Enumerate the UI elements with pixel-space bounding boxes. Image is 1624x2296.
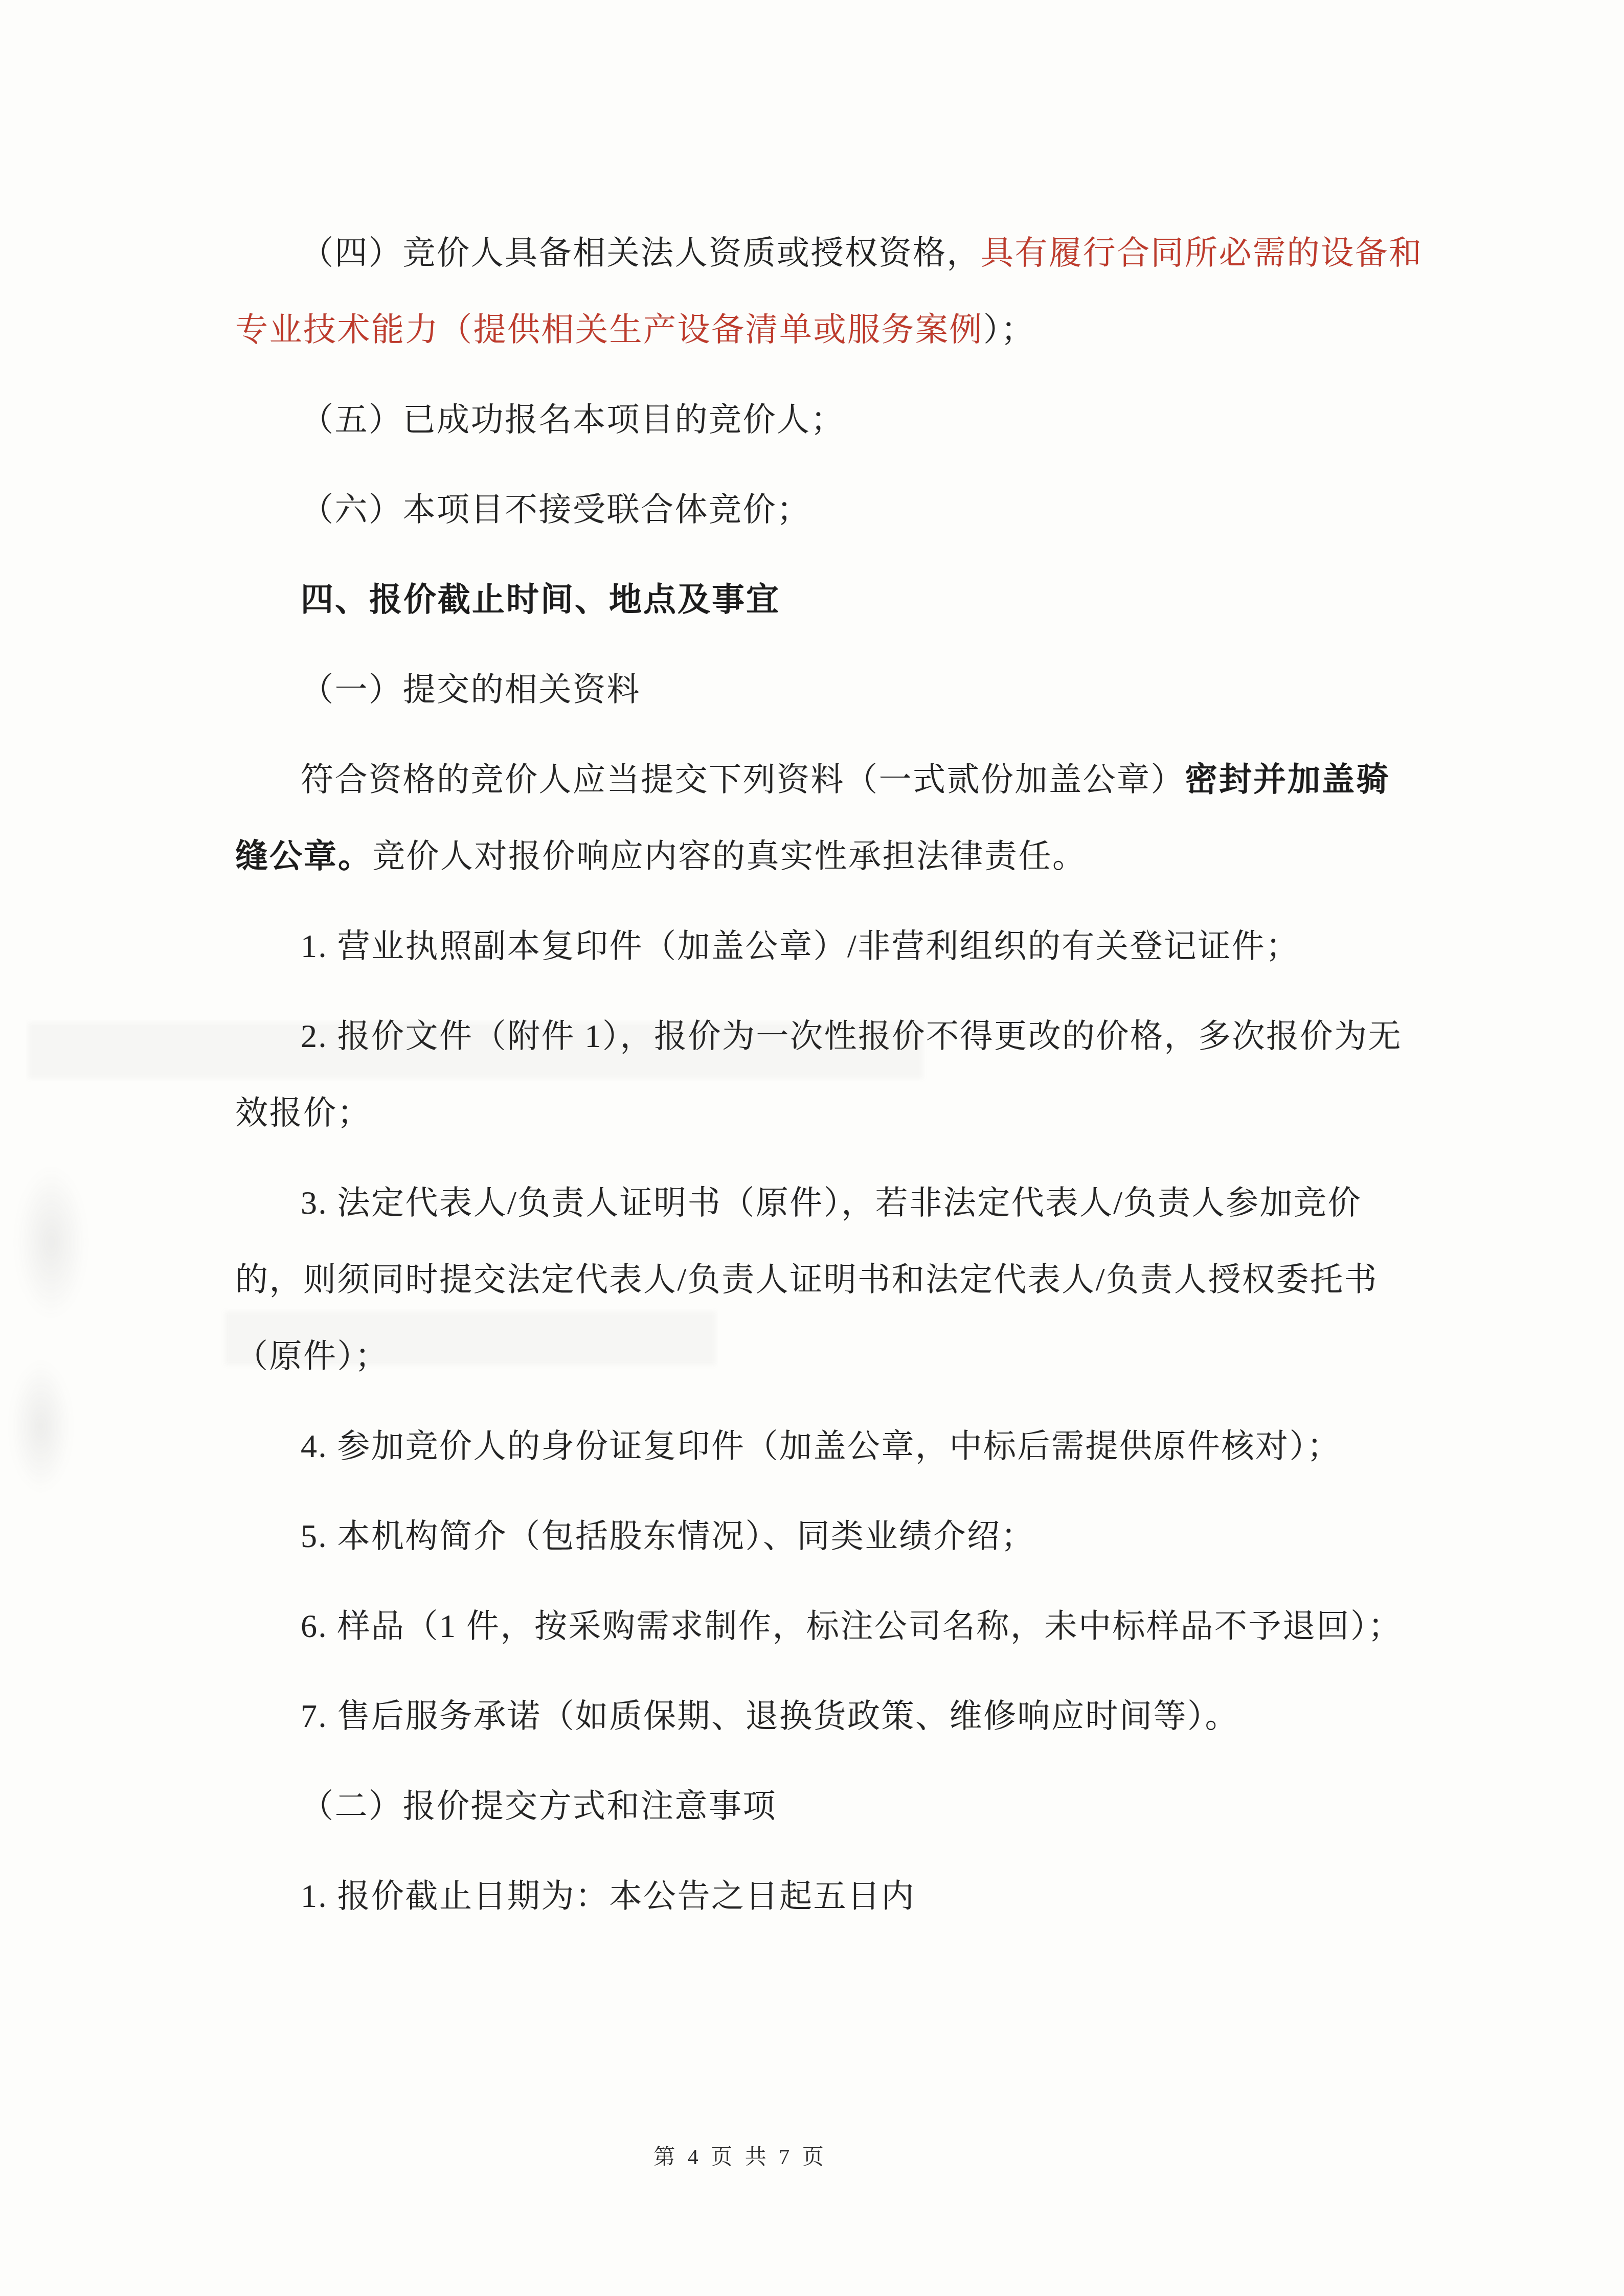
scan-smudge [15,1166,87,1319]
text-line: 缝公章。竞价人对报价响应内容的真实性承担法律责任。 [235,818,1406,895]
text-run: 3. 法定代表人/负责人证明书（原件），若非法定代表人/负责人参加竞价 [301,1185,1362,1221]
heading-line: 四、报价截止时间、地点及事宜 [235,561,1406,638]
text-run: 5. 本机构简介（包括股东情况）、同类业绩介绍； [301,1518,1035,1554]
red-text-run: 具有履行合同所必需的设备和 [981,235,1423,271]
text-run: 1. 报价截止日期为：本公告之日起五日内 [301,1878,915,1914]
scanned-document-page: （四）竞价人具备相关法人资质或授权资格，具有履行合同所必需的设备和专业技术能力（… [0,0,1624,2296]
text-line: 1. 报价截止日期为：本公告之日起五日内 [235,1858,1406,1935]
text-line: 1. 营业执照副本复印件（加盖公章）/非营利组织的有关登记证件； [235,908,1406,985]
text-line: 3. 法定代表人/负责人证明书（原件），若非法定代表人/负责人参加竞价 [235,1165,1406,1241]
text-line: 的，则须同时提交法定代表人/负责人证明书和法定代表人/负责人授权委托书 [235,1241,1406,1318]
text-run: 效报价； [235,1095,371,1131]
text-run: （二）报价提交方式和注意事项 [301,1788,777,1824]
text-line: 4. 参加竞价人的身份证复印件（加盖公章，中标后需提供原件核对）； [235,1408,1406,1485]
text-line: （原件）； [235,1318,1406,1395]
text-run: 7. 售后服务承诺（如质保期、退换货政策、维修响应时间等）。 [301,1698,1239,1734]
text-run: （六）本项目不接受联合体竞价； [301,491,811,528]
text-line: （六）本项目不接受联合体竞价； [235,471,1406,548]
text-run: （一）提交的相关资料 [301,671,641,708]
text-line: （一）提交的相关资料 [235,651,1406,728]
text-run: ）； [983,311,1035,348]
text-line: 2. 报价文件（附件 1），报价为一次性报价不得更改的价格，多次报价为无 [235,998,1406,1075]
text-run: 1. 营业执照副本复印件（加盖公章）/非营利组织的有关登记证件； [301,928,1300,964]
text-line: （四）竞价人具备相关法人资质或授权资格，具有履行合同所必需的设备和 [235,215,1406,291]
bold-text-run: 四、报价截止时间、地点及事宜 [301,581,780,618]
text-line: （五）已成功报名本项目的竞价人； [235,381,1406,458]
scan-smudge [10,1360,72,1493]
bold-text-run: 缝公章。 [235,838,372,874]
text-line: 5. 本机构简介（包括股东情况）、同类业绩介绍； [235,1498,1406,1575]
text-line: 效报价； [235,1075,1406,1151]
text-run: 4. 参加竞价人的身份证复印件（加盖公章，中标后需提供原件核对）； [301,1428,1341,1464]
text-line: 6. 样品（1 件，按采购需求制作，标注公司名称，未中标样品不予退回）； [235,1588,1406,1665]
text-run: 的，则须同时提交法定代表人/负责人证明书和法定代表人/负责人授权委托书 [235,1261,1378,1298]
text-run: 符合资格的竞价人应当提交下列资料（一式贰份加盖公章） [301,761,1185,798]
text-run: （五）已成功报名本项目的竞价人； [301,401,845,438]
document-body: （四）竞价人具备相关法人资质或授权资格，具有履行合同所必需的设备和专业技术能力（… [235,215,1406,1935]
text-run: 2. 报价文件（附件 1），报价为一次性报价不得更改的价格，多次报价为无 [301,1018,1402,1054]
page-number-footer: 第 4 页 共 7 页 [653,2140,827,2171]
red-text-run: 专业技术能力（提供相关生产设备清单或服务案例 [235,311,983,348]
text-run: （原件）； [235,1338,389,1374]
text-line: 符合资格的竞价人应当提交下列资料（一式贰份加盖公章）密封并加盖骑 [235,741,1406,818]
text-run: 6. 样品（1 件，按采购需求制作，标注公司名称，未中标样品不予退回）； [301,1608,1402,1644]
text-run: （四）竞价人具备相关法人资质或授权资格， [301,235,981,271]
text-line: 专业技术能力（提供相关生产设备清单或服务案例）； [235,291,1406,368]
text-line: 7. 售后服务承诺（如质保期、退换货政策、维修响应时间等）。 [235,1678,1406,1755]
text-line: （二）报价提交方式和注意事项 [235,1768,1406,1845]
text-run: 竞价人对报价响应内容的真实性承担法律责任。 [372,838,1087,874]
bold-text-run: 密封并加盖骑 [1185,761,1390,798]
